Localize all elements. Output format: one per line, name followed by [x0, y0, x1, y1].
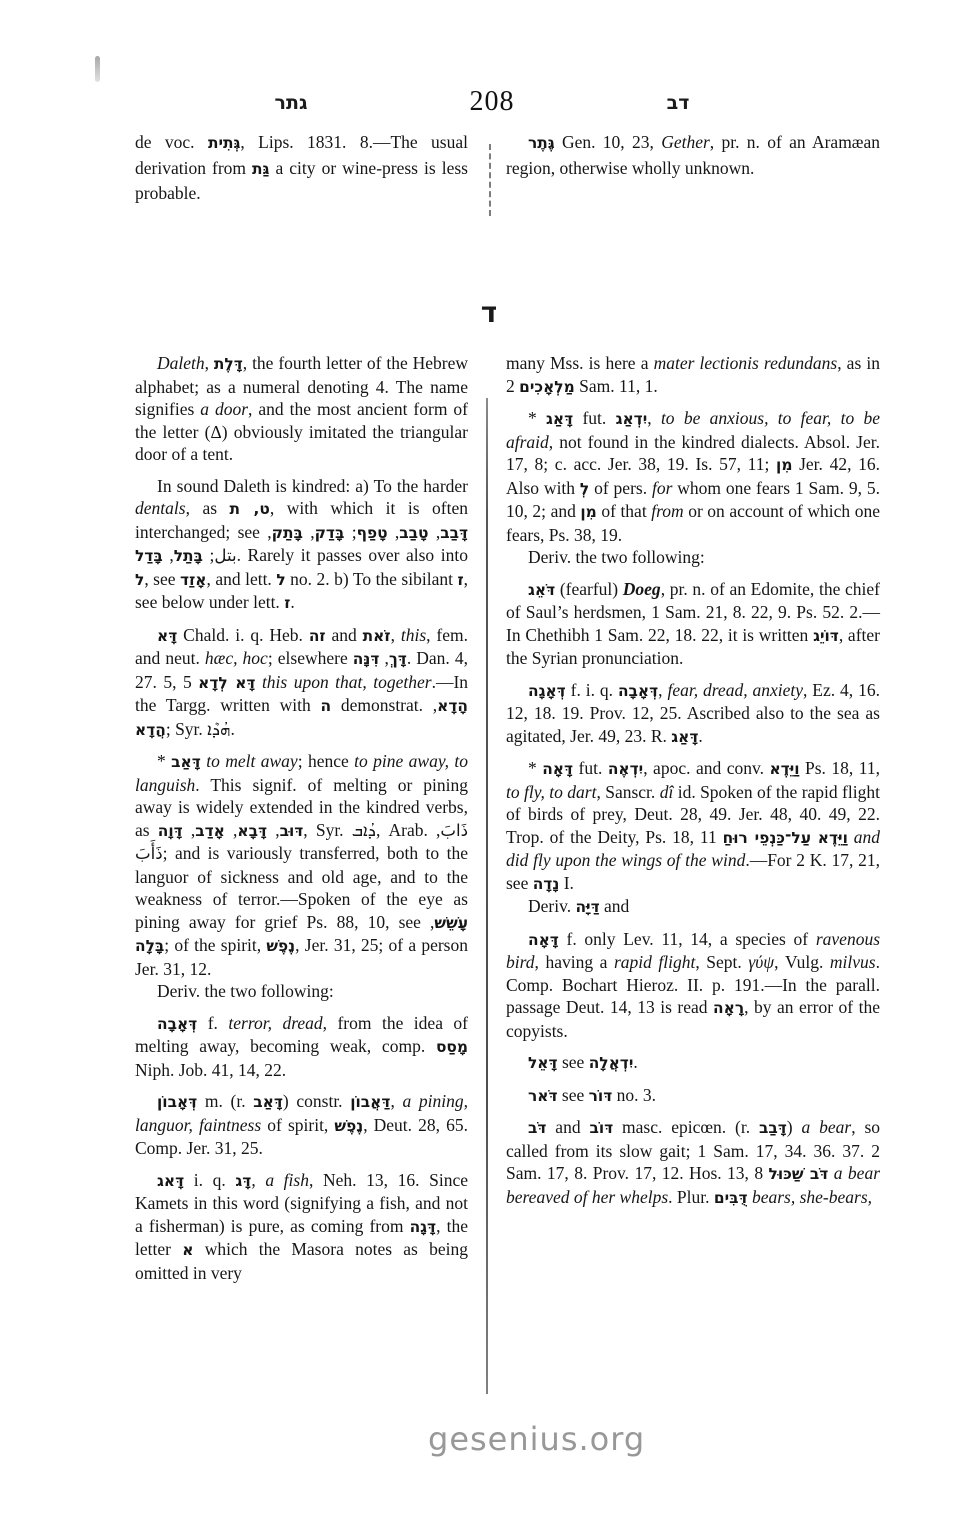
text-run: see — [558, 1085, 589, 1105]
text-run: f. only Lev. 11, 14, a species of — [559, 929, 816, 949]
text-run: בָּתַק — [272, 524, 303, 542]
text-run: Gether — [661, 132, 710, 152]
top-continuation-section: de voc. גְּתִית, Lips. 1831. 8.—The usua… — [135, 130, 880, 206]
text-run: טָפַף — [357, 524, 388, 542]
text-run: , — [303, 522, 315, 542]
entry-doeg: דֹּאֵג (fearful) Doeg, pr. n. of an Edom… — [506, 578, 880, 670]
text-run: דֹּאר — [528, 1087, 558, 1105]
text-run: ܗܳܕܶܐ — [207, 720, 230, 739]
text-run: , and lett. — [206, 569, 276, 589]
watermark: gesenius.org — [428, 1420, 645, 1458]
text-run: from — [651, 501, 683, 521]
text-run: I. — [559, 873, 574, 893]
text-run: דֹּאֵג — [528, 581, 555, 599]
text-run: Daleth — [157, 353, 205, 373]
text-run: ذَأَبَ — [135, 844, 163, 863]
text-run: דַּאֲבוֹן — [350, 1093, 390, 1111]
text-run: דָּאַג — [671, 728, 698, 746]
right-catchword-hebrew: דב — [667, 92, 690, 114]
text-run: . — [698, 726, 702, 746]
text-run: , Sanscr. — [596, 782, 659, 802]
entry-dob-bear: דֹּב and דּוֹב masc. epicœn. (r. דָּבַב)… — [506, 1116, 880, 1209]
text-run: , — [163, 545, 174, 565]
text-run: דָּךְ — [389, 650, 407, 668]
text-run: , — [391, 625, 401, 645]
text-run: אָדַב — [195, 822, 225, 840]
text-run: Deriv. — [528, 896, 575, 916]
text-run: מִן — [580, 503, 596, 521]
text-run: דָּאַב — [253, 1093, 283, 1111]
text-run: , Sept. — [695, 952, 748, 972]
top-right-column: גֶּתֶר Gen. 10, 23, Gether, pr. n. of an… — [506, 130, 880, 206]
text-run: see — [558, 1052, 589, 1072]
text-run: dî — [660, 782, 674, 802]
text-run: to fly, to dart — [506, 782, 596, 802]
text-run: f. — [197, 1013, 228, 1033]
text-run: , — [379, 648, 388, 668]
text-run: וַיֵּדֶא — [769, 760, 799, 778]
text-run: וַיֵּדֶא עַל־כַּנְפֵי רוּחַ — [723, 829, 848, 847]
text-run: for — [652, 478, 672, 498]
text-run: Doeg — [623, 579, 661, 599]
text-run: this — [401, 625, 426, 645]
text-run: יִדְאֲלָה — [589, 1054, 634, 1072]
text-run: הָדָא — [437, 697, 468, 715]
entry-gether: גֶּתֶר Gen. 10, 23, Gether, pr. n. of an… — [506, 130, 880, 180]
text-run: hæc, hoc — [205, 648, 268, 668]
text-run: , see — [144, 569, 180, 589]
text-run: , apoc. and conv. — [643, 758, 769, 778]
text-run: f. i. q. — [566, 680, 618, 700]
text-run: ) — [787, 1117, 802, 1137]
text-run: דָּגָה — [410, 1218, 437, 1236]
text-run: fut. — [573, 408, 615, 428]
text-run: אָזַד — [180, 571, 206, 589]
text-run: עָשֵׁשׁ — [434, 914, 468, 932]
text-run: , — [183, 820, 196, 840]
entry-dor-crossref: דֹּאר see דּוֹר no. 3. — [506, 1084, 880, 1108]
text-run: זֹאת — [363, 627, 391, 645]
column-divider-rule — [486, 398, 488, 1394]
text-run: מִן — [776, 456, 792, 474]
scan-artifact-mark — [95, 56, 100, 82]
text-run: In sound Daleth is kindred: a) To the ha… — [157, 476, 468, 496]
text-run: א — [182, 1241, 193, 1259]
text-run: and — [600, 896, 630, 916]
text-run: דָּא — [157, 627, 177, 645]
text-run: . Rarely it passes over also into — [237, 545, 468, 565]
text-run: ذَابَ — [440, 821, 468, 840]
text-run: a bear — [802, 1117, 852, 1137]
text-run: and — [546, 1117, 589, 1137]
text-run: דָּג — [235, 1172, 251, 1190]
main-right-column: many Mss. is here a mater lectionis redu… — [506, 352, 880, 1284]
entry-daleth-kindred-sounds: In sound Daleth is kindred: a) To the ha… — [135, 475, 468, 615]
text-run: a fish — [265, 1170, 309, 1190]
text-run: fut. — [573, 758, 608, 778]
text-run: גַּת — [252, 160, 269, 178]
text-run: דָּאָה — [542, 760, 573, 778]
text-run: no. 3. — [612, 1085, 656, 1105]
text-run: בָּדַק — [315, 524, 345, 542]
text-run: m. (r. — [197, 1091, 253, 1111]
text-run: . — [633, 1052, 637, 1072]
text-run: demonstrat. — [331, 695, 433, 715]
text-run: , Arab. — [376, 820, 436, 840]
text-run: no. 2. b) To the sibilant — [286, 569, 458, 589]
entry-dag-fish: דָּאג i. q. דָּג, a fish, Neh. 13, 16. S… — [135, 1169, 468, 1285]
text-run: dentals — [135, 498, 186, 518]
text-run: דָּא לְדָא — [198, 674, 255, 692]
text-run: נָדָה — [533, 875, 560, 893]
text-run: . — [290, 592, 294, 612]
text-run: דָּלֶת — [214, 355, 243, 373]
text-run: גְּתִית — [208, 134, 240, 152]
text-run: Chald. i. q. Heb. — [177, 625, 309, 645]
text-run: דָּאָה — [528, 931, 559, 949]
entry-daag-verb: * דָּאַג fut. יִדְאַג, to be anxious, to… — [506, 407, 880, 546]
entry-deaga-noun: דְּאָגָה f. i. q. דְּאָבָה, fear, dread,… — [506, 679, 880, 749]
entry-da-chald: דָּא Chald. i. q. Heb. זה and זֹאת, this… — [135, 624, 468, 742]
main-section: Daleth, דָּלֶת, the fourth letter of the… — [135, 352, 880, 1284]
text-run: * — [528, 408, 546, 428]
text-run: , Syr. — [303, 820, 351, 840]
text-run: of spirit, — [261, 1115, 334, 1135]
column-divider-top — [489, 144, 491, 216]
text-run: בָּדַל — [135, 547, 163, 565]
text-run: Gen. 10, 23, — [555, 132, 662, 152]
text-run: טָבַב — [399, 524, 428, 542]
text-run: נֶפֶשׁ — [266, 937, 295, 955]
text-run: ; and is variously transferred, both to … — [135, 843, 468, 932]
deriv-note-daag: Deriv. the two following: — [506, 546, 880, 569]
text-run: זה — [309, 627, 326, 645]
entry-continuation-mss: many Mss. is here a mater lectionis redu… — [506, 352, 880, 398]
text-run: . Plur. — [668, 1187, 714, 1207]
text-run: , Vulg. — [774, 952, 830, 972]
text-run: דְּאָבָה — [618, 682, 658, 700]
text-run: of that — [597, 501, 651, 521]
text-run: דָּאֵל — [528, 1054, 558, 1072]
text-run: דָּאג — [157, 1172, 184, 1190]
text-run: ; of the spirit, — [164, 935, 266, 955]
text-run: דָּבַב — [440, 524, 468, 542]
text-run: i. q. — [184, 1170, 235, 1190]
text-run: הֲדָא — [135, 721, 166, 739]
text-run: , — [267, 820, 280, 840]
text-run: ; elsewhere — [268, 648, 353, 668]
text-run: rapid flight — [614, 952, 695, 972]
text-run: ; — [203, 545, 214, 565]
text-run: , as in — [837, 353, 880, 373]
text-run: de voc. — [135, 132, 208, 152]
text-run: דְּאָגָה — [528, 682, 566, 700]
text-run: many Mss. is here a — [506, 353, 654, 373]
text-run: mater lectionis redundans — [654, 353, 838, 373]
entry-daab-verb: * דָּאַב to melt away; hence to pine awa… — [135, 750, 468, 980]
text-run: Niph. Job. 41, 14, 22. — [135, 1060, 286, 1080]
text-run: milvus — [830, 952, 876, 972]
text-run: Deriv. the two following: — [528, 547, 705, 567]
text-run: terror, dread — [228, 1013, 322, 1033]
text-run: بتل — [214, 546, 236, 565]
text-run: ל — [276, 571, 285, 589]
text-run: γύψ — [748, 952, 774, 972]
text-run: דֻּבִּים — [714, 1189, 748, 1207]
text-run: דְּאָבָה — [157, 1015, 197, 1033]
text-run: ל — [135, 571, 144, 589]
text-run: לְ — [580, 480, 589, 498]
text-run: מַלְאָכִים — [519, 378, 575, 396]
text-run: דָּאַג — [546, 410, 573, 428]
text-run: דּוֹר — [589, 1087, 613, 1105]
text-run: דּוֹב — [589, 1119, 613, 1137]
text-run: this upon that, together — [262, 672, 432, 692]
text-run: , — [388, 522, 400, 542]
text-run: ה — [321, 697, 332, 715]
text-run: דָּבָא — [237, 822, 267, 840]
text-run: מָסַס — [436, 1038, 468, 1056]
entry-daah-bird: דָּאָה f. only Lev. 11, 14, a species of… — [506, 928, 880, 1043]
entry-deaba-noun: דְּאָבָה f. terror, dread, from the idea… — [135, 1012, 468, 1082]
text-run: Deriv. the two following: — [157, 981, 334, 1001]
text-run: , — [251, 1170, 265, 1190]
text-run: , as — [186, 498, 230, 518]
entry-continuation-gethith: de voc. גְּתִית, Lips. 1831. 8.—The usua… — [135, 130, 468, 206]
text-run: and — [326, 625, 363, 645]
entry-daleth-letter: Daleth, דָּלֶת, the fourth letter of the… — [135, 352, 468, 466]
section-letter-daleth: ד — [481, 296, 497, 329]
text-run: of pers. — [589, 478, 652, 498]
text-run: נֶפֶשׁ — [334, 1117, 363, 1135]
entry-dael-crossref: דָּאֵל see יִדְאֲלָה. — [506, 1051, 880, 1075]
text-run: ; — [344, 522, 356, 542]
text-run: דּוֹיֵג — [813, 627, 839, 645]
deriv-note-dayyah: Deriv. דַּיָּה and — [506, 895, 880, 919]
entry-deabon-noun: דְּאָבוֹן m. (r. דָּאַב) constr. דַּאֲבו… — [135, 1090, 468, 1160]
text-run: בָּתַל — [174, 547, 203, 565]
text-run: , — [390, 1091, 402, 1111]
text-run: דָּאַב — [171, 753, 201, 771]
text-run: masc. epicœn. (r. — [613, 1117, 759, 1137]
text-run: יִדְאַג — [616, 410, 648, 428]
text-run: fear, dread, anxiety — [667, 680, 803, 700]
text-run: a door — [200, 399, 248, 419]
text-run: יִדְאֶה — [608, 760, 643, 778]
text-run: דּוּב — [280, 822, 304, 840]
top-left-column: de voc. גְּתִית, Lips. 1831. 8.—The usua… — [135, 130, 468, 206]
text-run: בָּלָה — [135, 937, 164, 955]
text-run: * — [528, 758, 542, 778]
text-run: , having a — [535, 952, 614, 972]
lexicon-page: גתר 208 דב de voc. גְּתִית, Lips. 1831. … — [0, 0, 980, 1525]
text-run: דִּנָּה — [353, 650, 380, 668]
left-catchword-hebrew: גתר — [275, 92, 308, 114]
text-run: ; hence — [298, 751, 354, 771]
text-run: to melt away — [206, 751, 297, 771]
text-run: דֹּב — [528, 1119, 546, 1137]
page-number: 208 — [470, 86, 515, 118]
entry-daah-verb: * דָּאָה fut. יִדְאֶה, apoc. and conv. ו… — [506, 757, 880, 895]
text-run: , — [225, 820, 238, 840]
main-left-column: Daleth, דָּלֶת, the fourth letter of the… — [135, 352, 468, 1284]
text-run: . — [230, 719, 234, 739]
text-run: ; Syr. — [166, 719, 207, 739]
text-run: Ps. 18, 11, — [800, 758, 880, 778]
text-run: דָּבַב — [759, 1119, 787, 1137]
text-run: דְּאָבוֹן — [157, 1093, 197, 1111]
text-run: bears, she-bears, — [752, 1187, 872, 1207]
text-run: , — [205, 353, 214, 373]
text-run: דַּיָּה — [575, 898, 599, 916]
text-run: * — [157, 751, 171, 771]
text-run: ܕܳܐܒ — [352, 821, 376, 840]
text-run: ) constr. — [283, 1091, 350, 1111]
text-run: גֶּתֶר — [528, 134, 555, 152]
text-run: רָאָה — [713, 999, 744, 1017]
text-run: דָּוָה — [158, 822, 183, 840]
deriv-note-daab: Deriv. the two following: — [135, 980, 468, 1003]
text-run: ט, ת — [230, 500, 270, 518]
text-run: , — [647, 408, 661, 428]
text-run: (fearful) — [555, 579, 623, 599]
text-run: , — [428, 522, 440, 542]
text-run: דֹּב שַׁכּוּל — [769, 1165, 829, 1183]
